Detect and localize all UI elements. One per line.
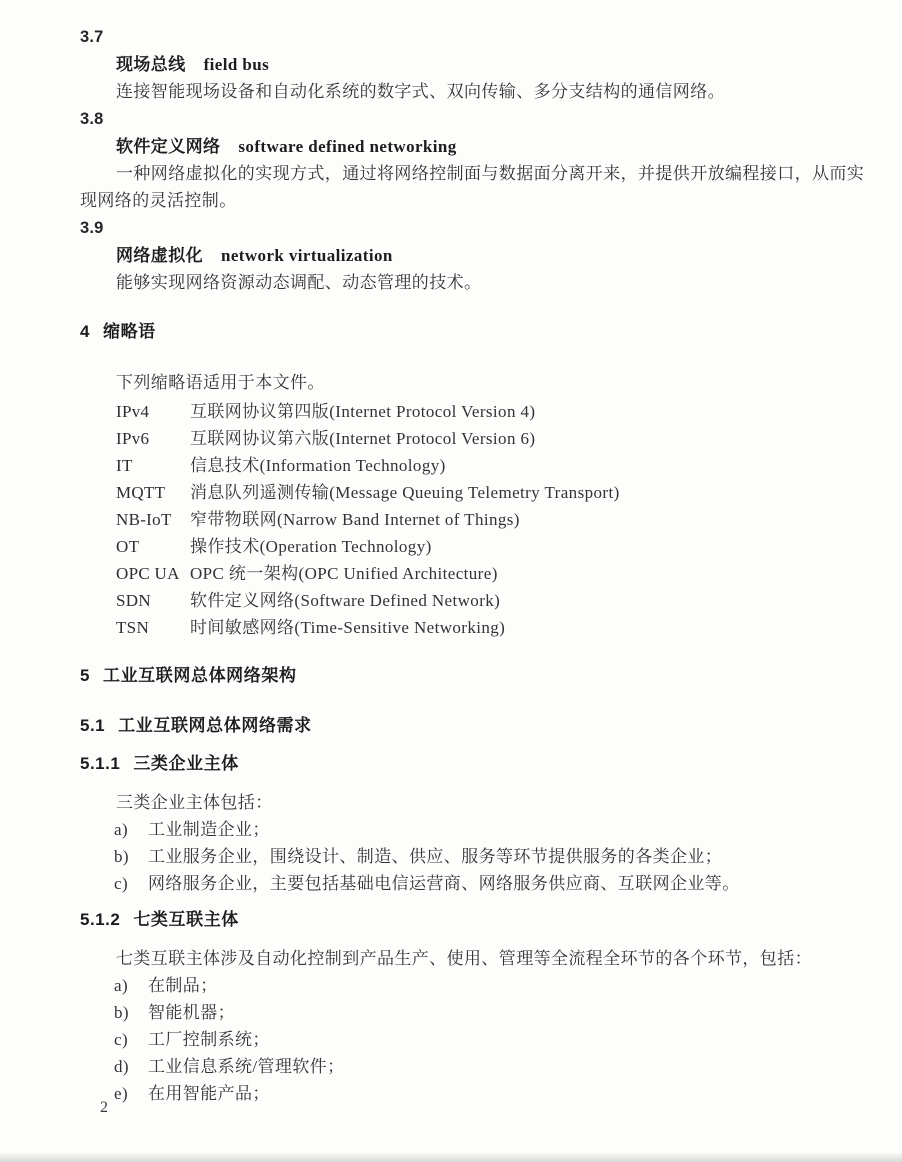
term-definition-continued: 现网络的灵活控制。: [80, 187, 860, 214]
abbr-row: IPv6互联网协议第六版(Internet Protocol Version 6…: [80, 425, 860, 452]
list-text: 智能机器；: [148, 1003, 235, 1022]
abbr-code: TSN: [116, 614, 190, 641]
abbr-row: MQTT消息队列遥测传输(Message Queuing Telemetry T…: [80, 479, 860, 506]
clause-number-text: 3.7: [80, 28, 104, 46]
list-letter: c): [114, 870, 148, 897]
section-heading-5: 5工业互联网总体网络架构: [80, 662, 860, 689]
clause-number-text: 3.8: [80, 110, 104, 128]
section-title: 工业互联网总体网络架构: [103, 666, 297, 685]
list-text: 网络服务企业，主要包括基础电信运营商、网络服务供应商、互联网企业等。: [148, 874, 740, 893]
term-definition: 一种网络虚拟化的实现方式，通过将网络控制面与数据面分离开来，并提供开放编程接口，…: [80, 160, 860, 187]
scan-edge-shadow: [0, 1153, 902, 1162]
list-item: c)网络服务企业，主要包括基础电信运营商、网络服务供应商、互联网企业等。: [80, 870, 860, 897]
list-intro: 三类企业主体包括：: [80, 789, 860, 816]
page-content: 3.7 现场总线field bus 连接智能现场设备和自动化系统的数字式、双向传…: [80, 0, 860, 1107]
abbr-definition: 互联网协议第六版(Internet Protocol Version 6): [190, 429, 535, 448]
term-line: 现场总线field bus: [80, 51, 860, 78]
list-text: 在制品；: [148, 976, 218, 995]
abbr-row: NB-IoT窄带物联网(Narrow Band Internet of Thin…: [80, 506, 860, 533]
list-item: a)在制品；: [80, 972, 860, 999]
list-item: c)工厂控制系统；: [80, 1026, 860, 1053]
abbr-row: SDN软件定义网络(Software Defined Network): [80, 587, 860, 614]
section-number: 5.1: [80, 716, 105, 735]
abbreviations-intro: 下列缩略语适用于本文件。: [80, 369, 860, 396]
abbr-row: IPv4互联网协议第四版(Internet Protocol Version 4…: [80, 398, 860, 425]
list-item: b)智能机器；: [80, 999, 860, 1026]
term-en: software defined networking: [238, 137, 456, 156]
term-zh: 现场总线: [116, 55, 186, 74]
list-letter: d): [114, 1053, 148, 1080]
list-item: a)工业制造企业；: [80, 816, 860, 843]
list-text: 工业信息系统/管理软件；: [148, 1057, 345, 1076]
abbr-row: TSN时间敏感网络(Time-Sensitive Networking): [80, 614, 860, 641]
section-heading-4: 4缩略语: [80, 318, 860, 345]
list-item: e)在用智能产品；: [80, 1080, 860, 1107]
term-en: field bus: [204, 55, 269, 74]
page-number: 2: [100, 1097, 108, 1119]
abbr-row: OT操作技术(Operation Technology): [80, 533, 860, 560]
abbr-code: IT: [116, 452, 190, 479]
abbr-code: IPv6: [116, 425, 190, 452]
abbr-definition: 信息技术(Information Technology): [190, 456, 446, 475]
section-title: 缩略语: [103, 322, 156, 341]
list-letter: e): [114, 1080, 148, 1107]
document-page: 3.7 现场总线field bus 连接智能现场设备和自动化系统的数字式、双向传…: [0, 0, 902, 1162]
list-letter: a): [114, 816, 148, 843]
section-number: 5.1.2: [80, 910, 120, 929]
clause-number: 3.8: [80, 105, 860, 133]
term-definition: 连接智能现场设备和自动化系统的数字式、双向传输、多分支结构的通信网络。: [80, 78, 860, 105]
term-line: 网络虚拟化network virtualization: [80, 242, 860, 269]
list-letter: c): [114, 1026, 148, 1053]
term-definition: 能够实现网络资源动态调配、动态管理的技术。: [80, 269, 860, 296]
term-en: network virtualization: [221, 246, 393, 265]
list-letter: b): [114, 999, 148, 1026]
abbr-definition: OPC 统一架构(OPC Unified Architecture): [190, 564, 498, 583]
abbr-row: IT信息技术(Information Technology): [80, 452, 860, 479]
list-text: 在用智能产品；: [148, 1084, 270, 1103]
clause-number: 3.9: [80, 214, 860, 242]
term-zh: 软件定义网络: [116, 137, 220, 156]
abbr-definition: 窄带物联网(Narrow Band Internet of Things): [190, 510, 520, 529]
list-letter: a): [114, 972, 148, 999]
section-heading-5-1: 5.1工业互联网总体网络需求: [80, 712, 860, 739]
abbr-code: MQTT: [116, 479, 190, 506]
abbr-row: OPC UAOPC 统一架构(OPC Unified Architecture): [80, 560, 860, 587]
term-line: 软件定义网络software defined networking: [80, 133, 860, 160]
abbr-code: OPC UA: [116, 560, 190, 587]
section-title: 七类互联主体: [133, 910, 239, 929]
list-text: 工厂控制系统；: [148, 1030, 270, 1049]
abbr-definition: 时间敏感网络(Time-Sensitive Networking): [190, 618, 505, 637]
list-intro: 七类互联主体涉及自动化控制到产品生产、使用、管理等全流程全环节的各个环节，包括：: [80, 945, 860, 972]
clause-number-text: 3.9: [80, 219, 104, 237]
abbr-definition: 操作技术(Operation Technology): [190, 537, 432, 556]
section-heading-5-1-1: 5.1.1三类企业主体: [80, 750, 860, 777]
term-zh: 网络虚拟化: [116, 246, 203, 265]
section-title: 工业互联网总体网络需求: [118, 716, 312, 735]
abbr-definition: 互联网协议第四版(Internet Protocol Version 4): [190, 402, 535, 421]
list-item: b)工业服务企业，围绕设计、制造、供应、服务等环节提供服务的各类企业；: [80, 843, 860, 870]
list-letter: b): [114, 843, 148, 870]
abbr-definition: 软件定义网络(Software Defined Network): [190, 591, 500, 610]
abbr-definition: 消息队列遥测传输(Message Queuing Telemetry Trans…: [190, 483, 620, 502]
section-heading-5-1-2: 5.1.2七类互联主体: [80, 906, 860, 933]
section-title: 三类企业主体: [133, 754, 239, 773]
list-text: 工业制造企业；: [148, 820, 270, 839]
abbr-code: OT: [116, 533, 190, 560]
abbr-code: IPv4: [116, 398, 190, 425]
list-text: 工业服务企业，围绕设计、制造、供应、服务等环节提供服务的各类企业；: [148, 847, 722, 866]
section-number: 5: [80, 666, 90, 685]
list-item: d)工业信息系统/管理软件；: [80, 1053, 860, 1080]
clause-number: 3.7: [80, 23, 860, 51]
abbr-code: SDN: [116, 587, 190, 614]
abbreviations-list: IPv4互联网协议第四版(Internet Protocol Version 4…: [80, 398, 860, 641]
abbr-code: NB-IoT: [116, 506, 190, 533]
section-number: 4: [80, 322, 90, 341]
section-number: 5.1.1: [80, 754, 120, 773]
